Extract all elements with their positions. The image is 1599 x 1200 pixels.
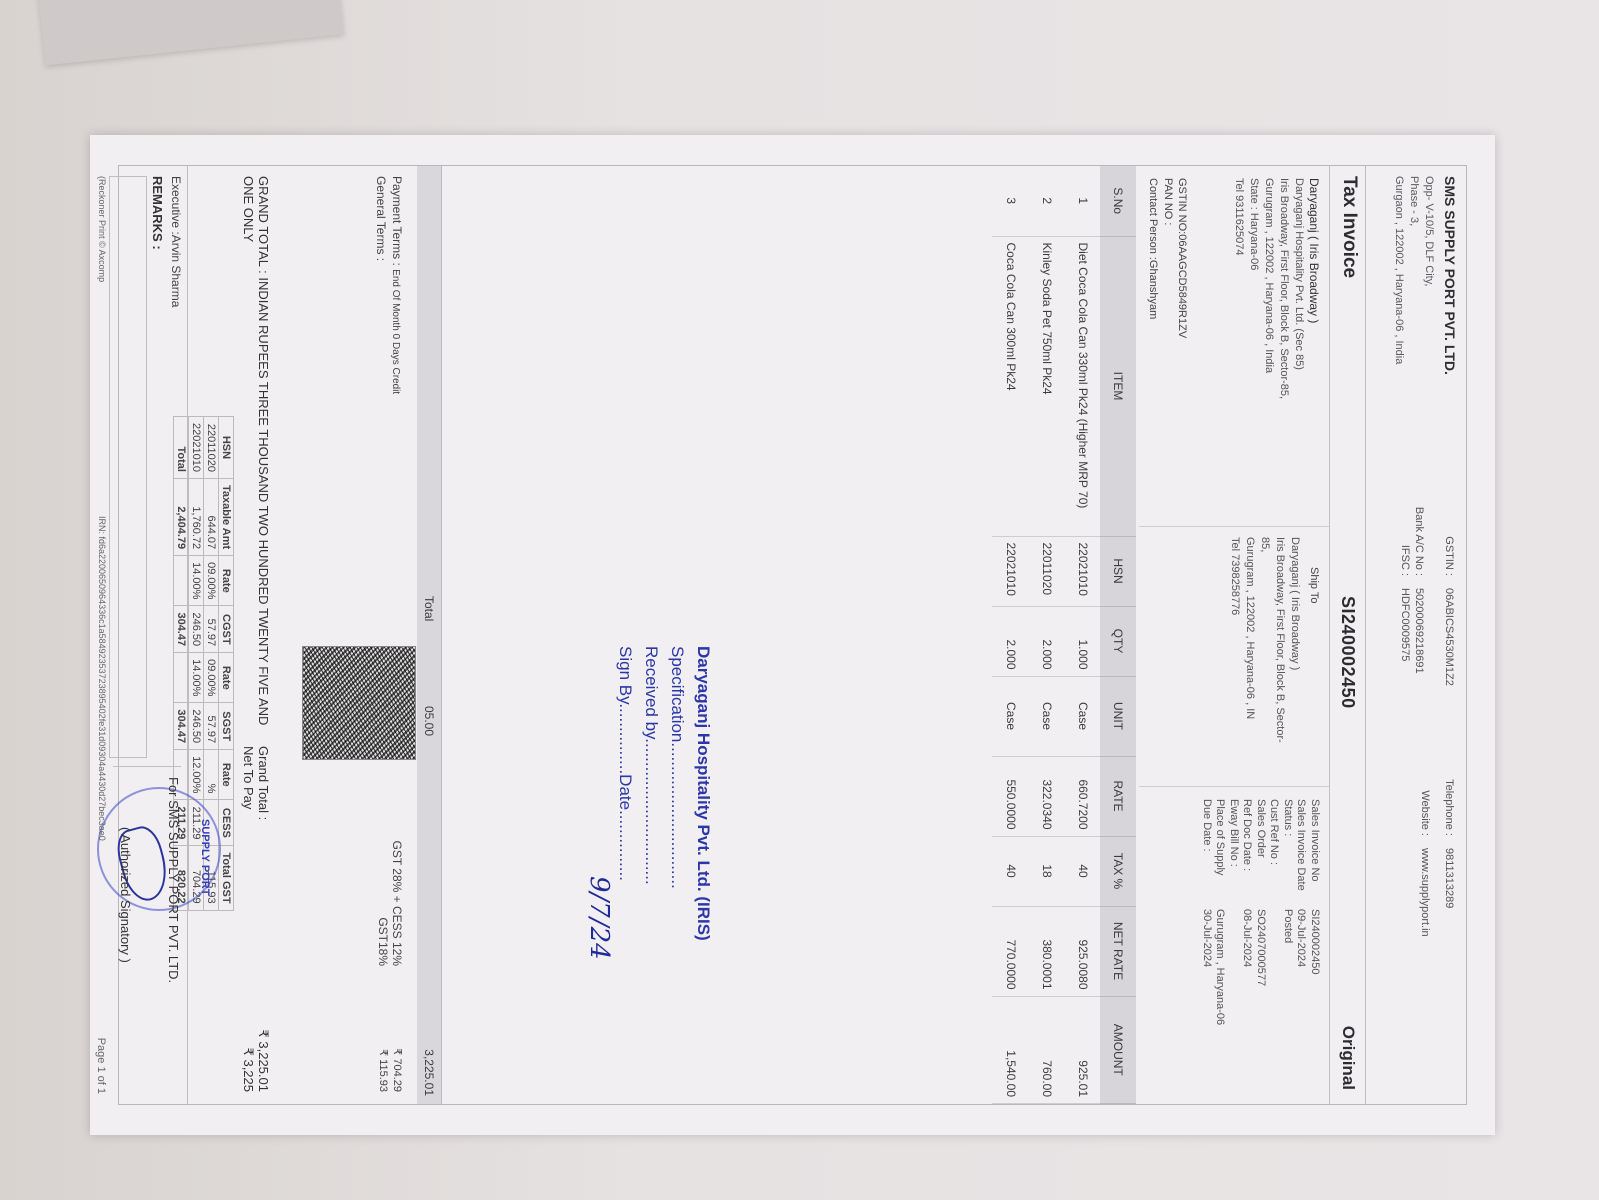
parties-section: Daryaganj ( Iris Broadway ) Daryaganj Ho… — [1139, 166, 1330, 1104]
grand-total-label: Grand Total : Net To Pay — [241, 746, 271, 820]
ship-to: Ship To Daryaganj ( Iris Broadway ) Iris… — [1139, 526, 1329, 786]
gst-header: HSNTaxable Amt RateCGST RateSGST RateCES… — [219, 417, 234, 911]
tax-breakdown-labels: GST 28% + CESS 12% GST18% — [376, 766, 404, 966]
terms: Payment Terms : End Of Month 0 Days Cred… — [373, 176, 404, 394]
for-company: SUPPLY PORT For SMS SUPPLY PORT PVT. LTD… — [113, 766, 181, 1097]
company-website: Website :www.supplyport.in — [1417, 726, 1432, 937]
invoice-page: SMS SUPPLY PORT PVT. LTD. Opp- V-10/5, D… — [90, 135, 1495, 1135]
invoice-photo: SMS SUPPLY PORT PVT. LTD. Opp- V-10/5, D… — [90, 135, 1495, 1135]
company-gstin: GSTIN :06ABICS4530M1Z2 — [1441, 466, 1456, 686]
bill-to: Daryaganj ( Iris Broadway ) Daryaganj Ho… — [1231, 178, 1321, 498]
items-total-row: Total 05.00 3,225.01 — [417, 166, 442, 1104]
page-number: Page 1 of 1 — [95, 1038, 107, 1094]
copy-label: Original — [1338, 1026, 1358, 1090]
qr-code — [302, 646, 416, 760]
executive-name: Executive :Arvin Sharma — [169, 176, 183, 307]
line-items: S.No ITEM HSN QTY UNIT RATE TAX % NET RA… — [992, 166, 1136, 1104]
signature-section: Executive :Arvin Sharma REMARKS : SUPPLY… — [107, 166, 188, 1104]
table-row: 2 Kinley Soda Pet 750ml Pk24 22011020 2.… — [1028, 166, 1064, 1104]
company-header: SMS SUPPLY PORT PVT. LTD. Opp- V-10/5, D… — [1365, 166, 1466, 1104]
company-name: SMS SUPPLY PORT PVT. LTD. — [1442, 176, 1458, 375]
ifsc-code: IFSC :HDFC0009575 — [1397, 466, 1412, 661]
bank-account: Bank A/C No :50200069218691 — [1411, 466, 1426, 674]
grand-total-value: ₹ 3,225.01 ₹ 3,225 — [241, 1030, 271, 1093]
background-paper — [36, 0, 344, 65]
items-table: S.No ITEM HSN QTY UNIT RATE TAX % NET RA… — [416, 166, 1136, 1104]
invoice-number: SI240002450 — [1337, 596, 1358, 709]
contact-person: Contact Person :Ghanshyam — [1147, 178, 1159, 319]
remarks-box — [109, 176, 147, 758]
title-row: Tax Invoice SI240002450 Original — [1330, 166, 1366, 1104]
table-row: 3 Coca Cola Can 300ml Pk24 22021010 2.00… — [992, 166, 1028, 1104]
invoice-meta: Sales Invoice NoSI240002450 Sales Invoic… — [1139, 786, 1329, 1104]
receipt-stamp: Daryaganj Hospitality Pvt. Ltd. (IRIS) S… — [612, 646, 716, 941]
grand-total-words: GRAND TOTAL : INDIAN RUPEES THREE THOUSA… — [241, 176, 271, 736]
remarks-label: REMARKS : — [150, 176, 165, 250]
customer-tax-ids: GSTIN NO:06AAGCD5849R1ZV PAN NO : — [1161, 178, 1189, 338]
company-telephone: Telephone :9811313289 — [1441, 726, 1456, 908]
company-address: Opp- V-10/5, DLF City, Phase - 3, Gurgao… — [1391, 176, 1436, 364]
table-header: S.No ITEM HSN QTY UNIT RATE TAX % NET RA… — [1100, 166, 1136, 1104]
irn-number: IRN: fd6a2200650964336c1a584923537238954… — [97, 516, 107, 841]
authorized-signatory: ( Authorized Signatory ) — [118, 827, 133, 963]
table-row: 1 Diet Coca Cola Can 330ml Pk24 (Higher … — [1064, 166, 1100, 1104]
document-title: Tax Invoice — [1338, 176, 1360, 278]
page-footer: (Reckoner Print © Axcomp IRN: fd6a220065… — [97, 176, 107, 1094]
handwritten-date: 9/7/24 — [586, 876, 612, 960]
invoice-frame: SMS SUPPLY PORT PVT. LTD. Opp- V-10/5, D… — [118, 165, 1467, 1105]
tax-breakdown-amounts: ₹ 704.29 ₹ 115.93 — [376, 1048, 404, 1092]
